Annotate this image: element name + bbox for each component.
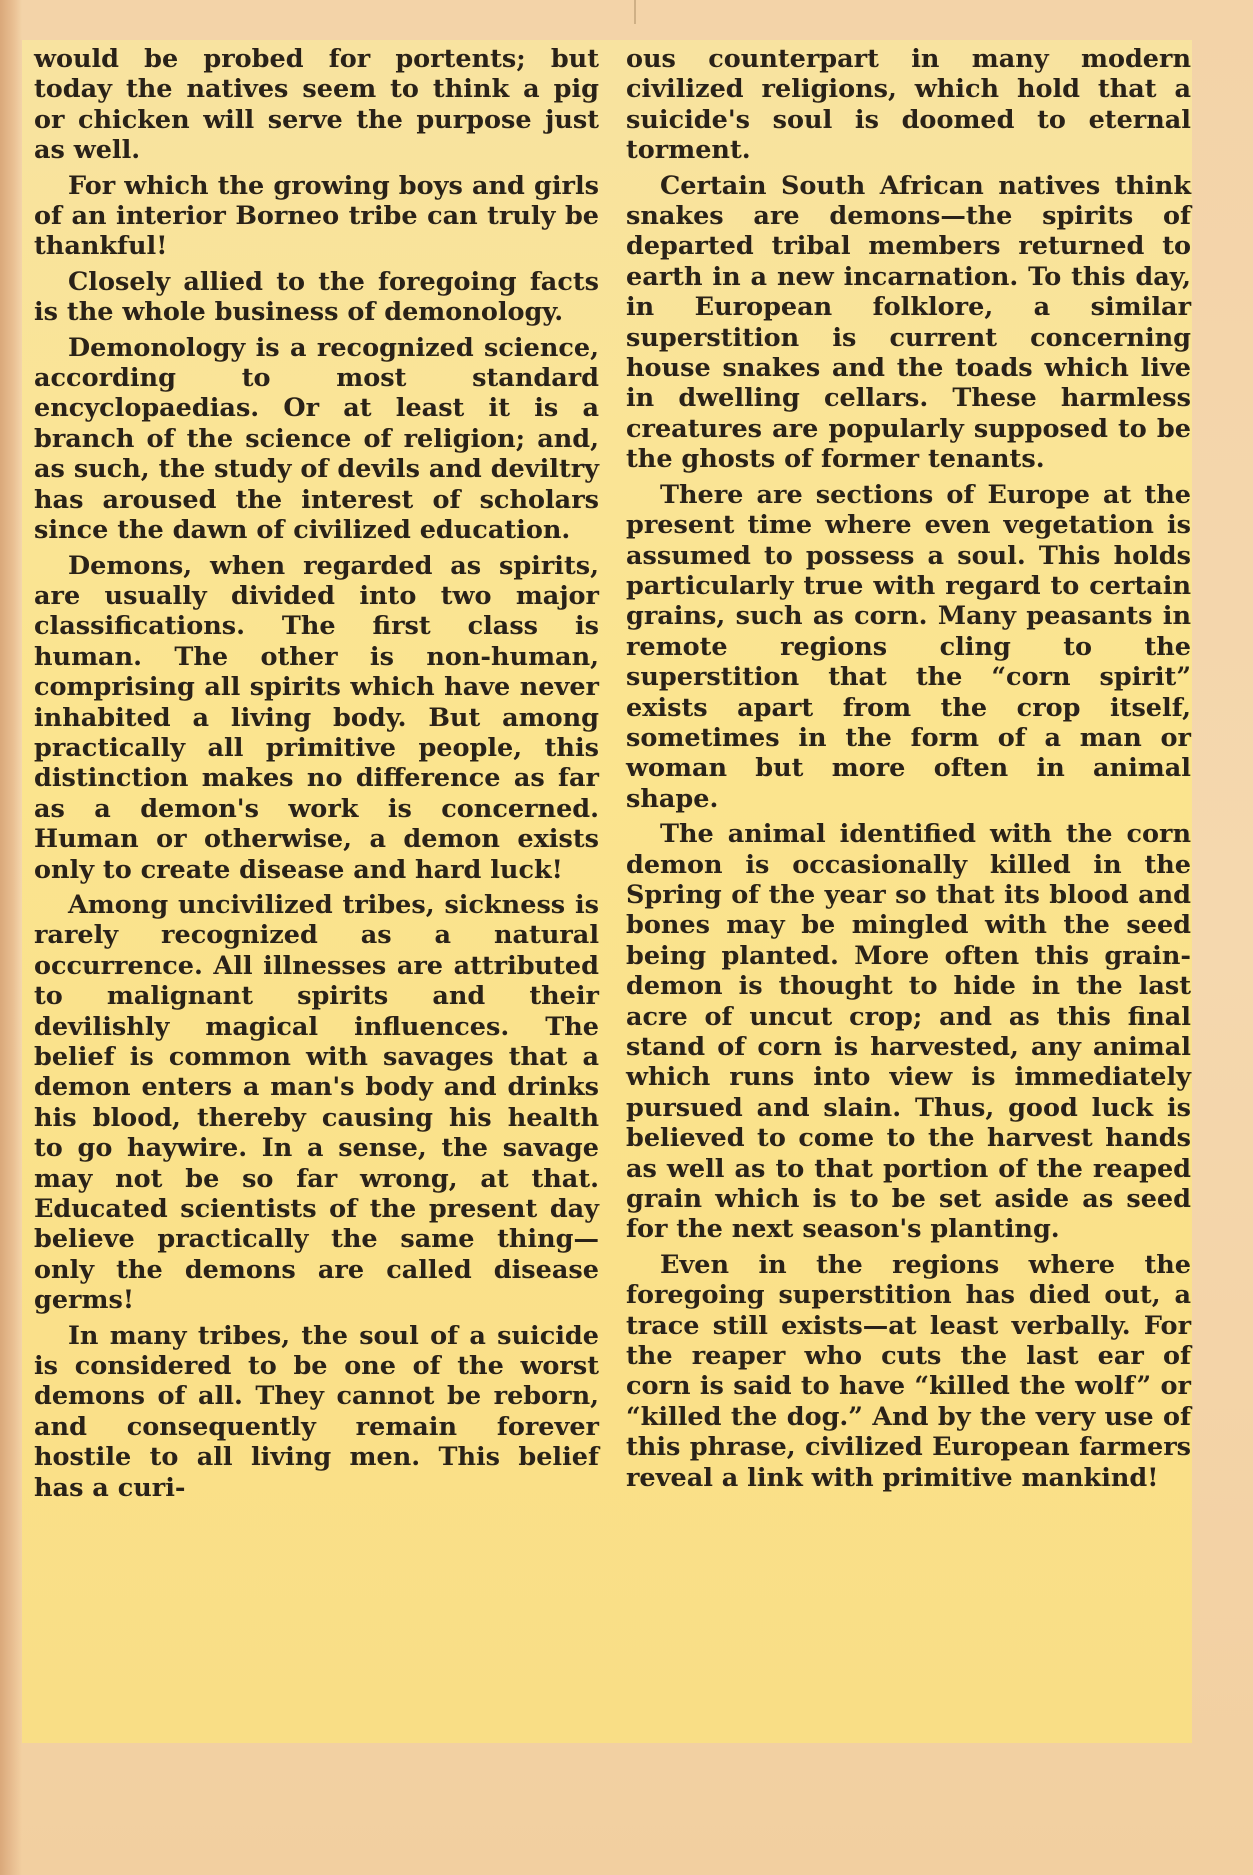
binding-edge [0,0,22,1875]
paragraph: Demons, when regarded as spirits, are us… [34,551,599,885]
gutter-mark [634,0,636,24]
paragraph: Certain South African natives think snak… [626,171,1191,475]
paragraph: Among uncivilized tribes, sickness is ra… [34,890,599,1316]
right-column: ous counterpart in many modern civilized… [626,44,1191,1498]
paragraph: In many tribes, the soul of a suicide is… [34,1321,599,1503]
paragraph: For which the growing boys and girls of … [34,171,599,262]
paragraph: Even in the regions where the foregoing … [626,1250,1191,1493]
paragraph: would be probed for portents; but today … [34,44,599,166]
left-column: would be probed for portents; but today … [34,44,599,1508]
paragraph: Demonology is a recognized science, acco… [34,333,599,546]
paragraph: Closely allied to the foregoing facts is… [34,267,599,328]
paragraph: There are sections of Europe at the pres… [626,480,1191,814]
paragraph: The animal identified with the corn demo… [626,819,1191,1245]
paragraph: ous counterpart in many modern civilized… [626,44,1191,166]
